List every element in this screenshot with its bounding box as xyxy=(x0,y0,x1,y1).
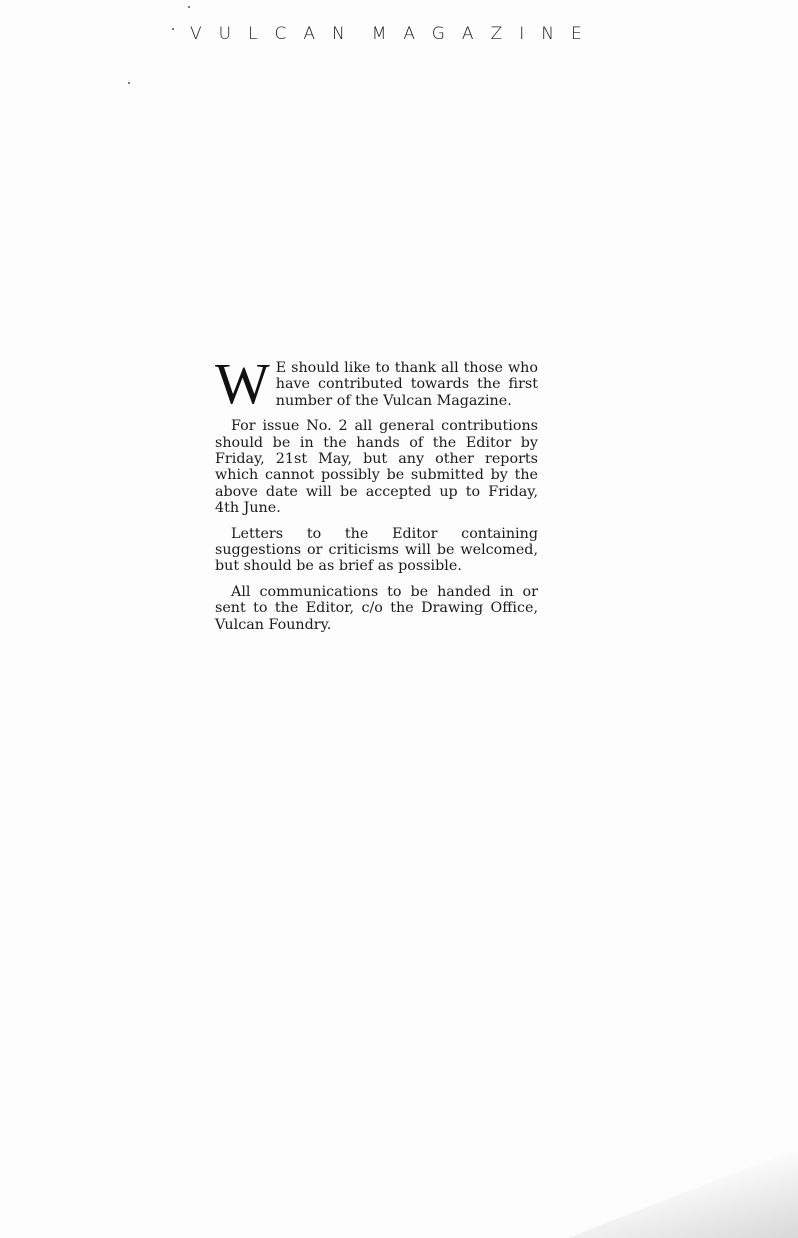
notice-text-thanks: E should like to thank all those who hav… xyxy=(276,360,538,409)
notice-paragraph-thanks: WE should like to thank all those who ha… xyxy=(215,360,538,409)
masthead-word-magazine: MAGAZINE xyxy=(372,24,599,44)
paper-speck xyxy=(128,82,130,84)
drop-cap-letter: W xyxy=(215,362,270,406)
masthead-word-vulcan: VULCAN xyxy=(190,24,362,44)
notice-paragraph-deadlines: For issue No. 2 all general contribution… xyxy=(215,418,538,516)
magazine-masthead: VULCANMAGAZINE xyxy=(190,24,599,44)
paper-speck xyxy=(172,28,174,30)
paper-speck xyxy=(188,6,190,8)
notice-paragraph-letters: Letters to the Editor containing suggest… xyxy=(215,526,538,575)
editorial-notice: WE should like to thank all those who ha… xyxy=(215,360,538,642)
notice-paragraph-communications: All communications to be handed in or se… xyxy=(215,584,538,633)
worn-page-corner xyxy=(568,1148,798,1238)
